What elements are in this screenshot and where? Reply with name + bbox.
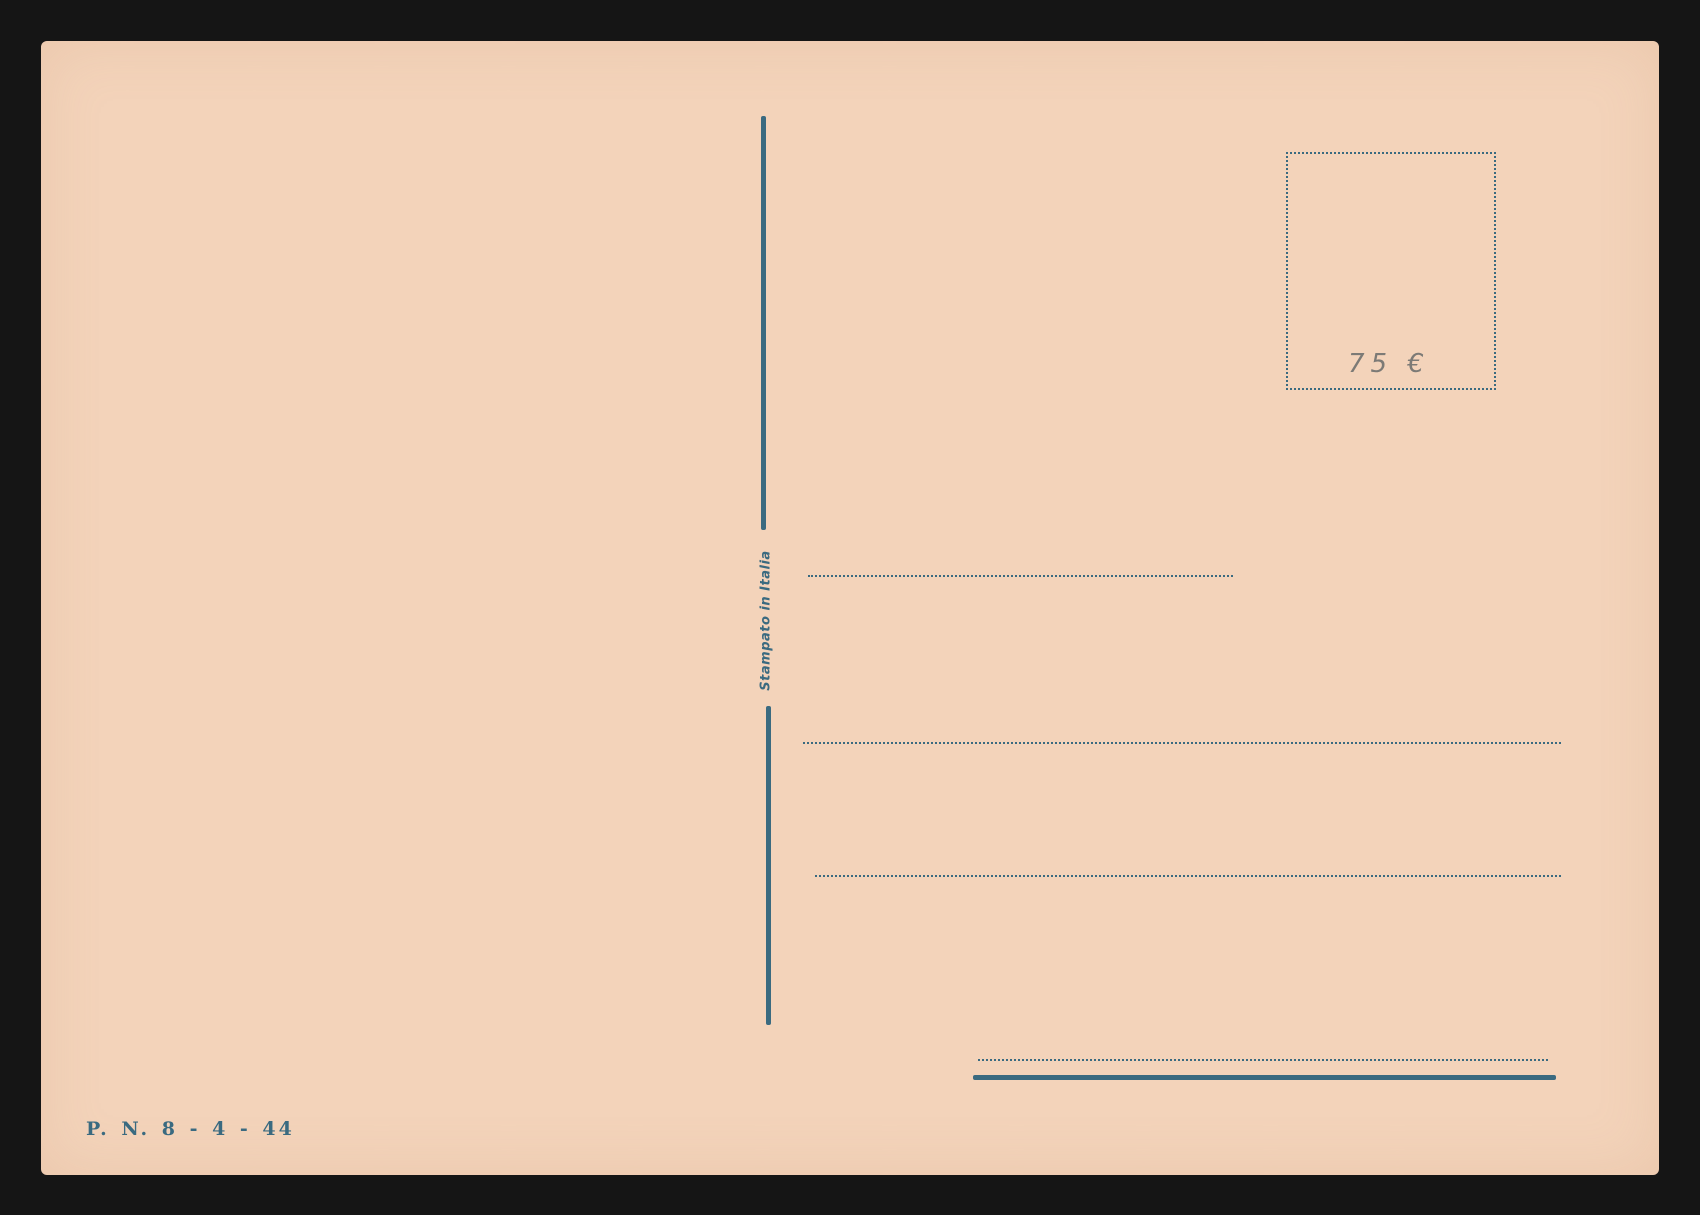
printer-note: Stampato in Italia [753, 540, 779, 700]
address-line-3 [815, 875, 1561, 877]
address-line-2 [803, 742, 1561, 744]
address-line-4 [978, 1059, 1548, 1061]
divider-line-lower [766, 706, 771, 1025]
address-underline [973, 1075, 1556, 1080]
address-line-1 [808, 575, 1233, 577]
printer-note-text: Stampato in Italia [759, 550, 774, 690]
handwritten-price: 75 € [1348, 349, 1430, 379]
stamp-box: 75 € [1286, 152, 1496, 390]
print-code: P. N. 8 - 4 - 44 [86, 1118, 295, 1140]
divider-line-upper [761, 116, 766, 530]
